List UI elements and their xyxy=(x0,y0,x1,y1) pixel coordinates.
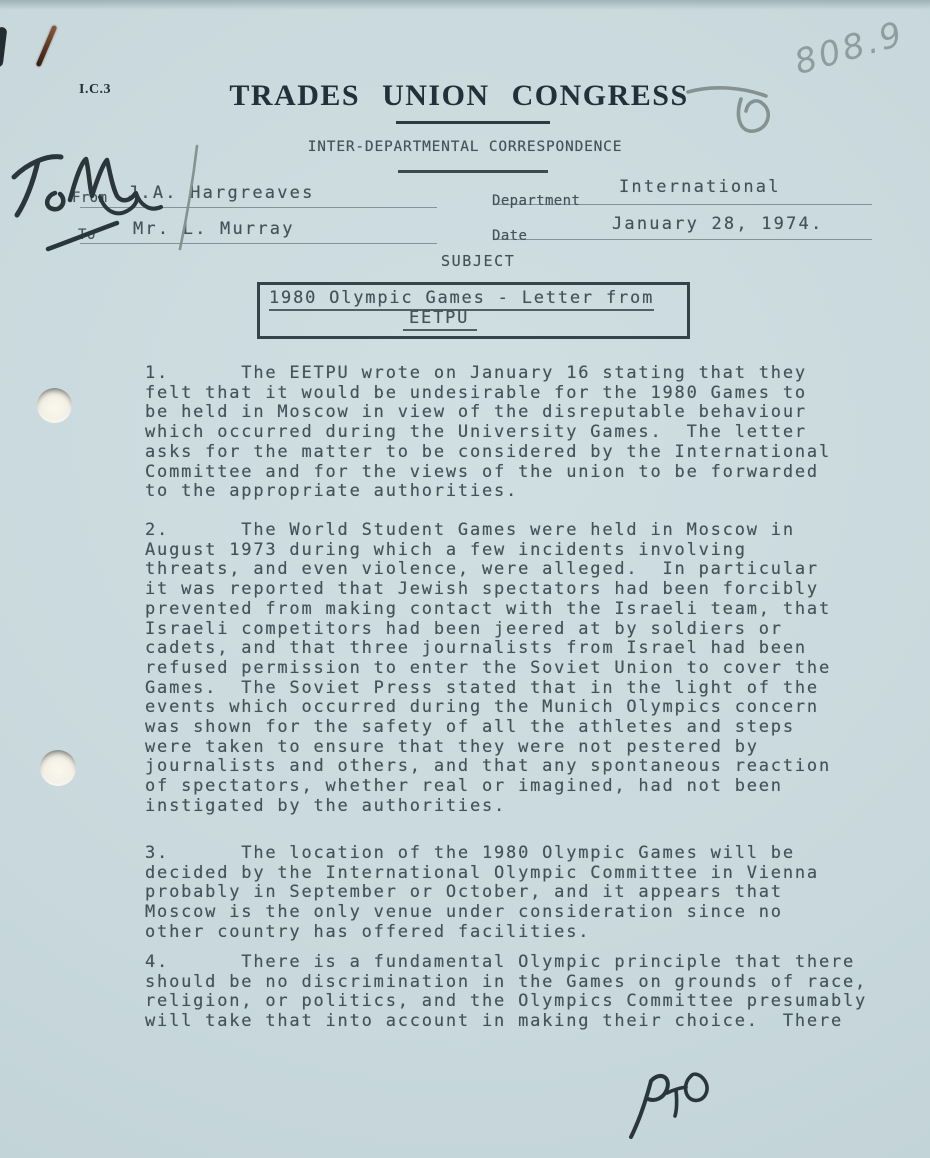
subject-title-line2: EETPU xyxy=(260,308,687,328)
scan-corner-mark xyxy=(0,27,7,68)
subject-box: 1980 Olympic Games - Letter from EETPU xyxy=(257,282,690,339)
file-number-annotation: 808.9 xyxy=(790,14,909,83)
correspondence-type: INTER-DEPARTMENTAL CORRESPONDENCE xyxy=(0,139,930,155)
paragraph-2: 2. The World Student Games were held in … xyxy=(145,521,831,817)
from-underline xyxy=(80,207,437,208)
staple xyxy=(36,25,58,67)
paragraph-1: 1. The EETPU wrote on January 16 stating… xyxy=(145,364,831,502)
subtitle-rule xyxy=(398,170,548,173)
to-label: To xyxy=(78,227,96,243)
subject-label: SUBJECT xyxy=(441,252,515,270)
subject-title-line1: 1980 Olympic Games - Letter from xyxy=(260,288,687,308)
organization-title: TRADES UNION CONGRESS xyxy=(0,79,918,113)
from-label: From xyxy=(72,190,107,206)
memo-page: I.C.3 TRADES UNION CONGRESS INTER-DEPART… xyxy=(0,0,930,1158)
department-underline xyxy=(494,204,872,205)
date-underline xyxy=(494,239,872,240)
hole-punch-bottom xyxy=(40,750,76,786)
handwritten-pto-note xyxy=(631,1074,707,1137)
paragraph-3: 3. The location of the 1980 Olympic Game… xyxy=(145,844,819,943)
date-value: January 28, 1974. xyxy=(612,214,823,234)
department-value: International xyxy=(619,177,781,197)
to-underline xyxy=(80,243,437,244)
paragraph-4: 4. There is a fundamental Olympic princi… xyxy=(145,953,867,1032)
department-label: Department xyxy=(492,193,580,209)
hole-punch-top xyxy=(37,388,72,423)
date-label: Date xyxy=(492,228,527,244)
title-rule xyxy=(396,121,550,124)
from-value: J.A. Hargreaves xyxy=(128,183,315,203)
scan-edge-shadow xyxy=(0,0,930,10)
to-value: Mr. L. Murray xyxy=(133,219,295,239)
